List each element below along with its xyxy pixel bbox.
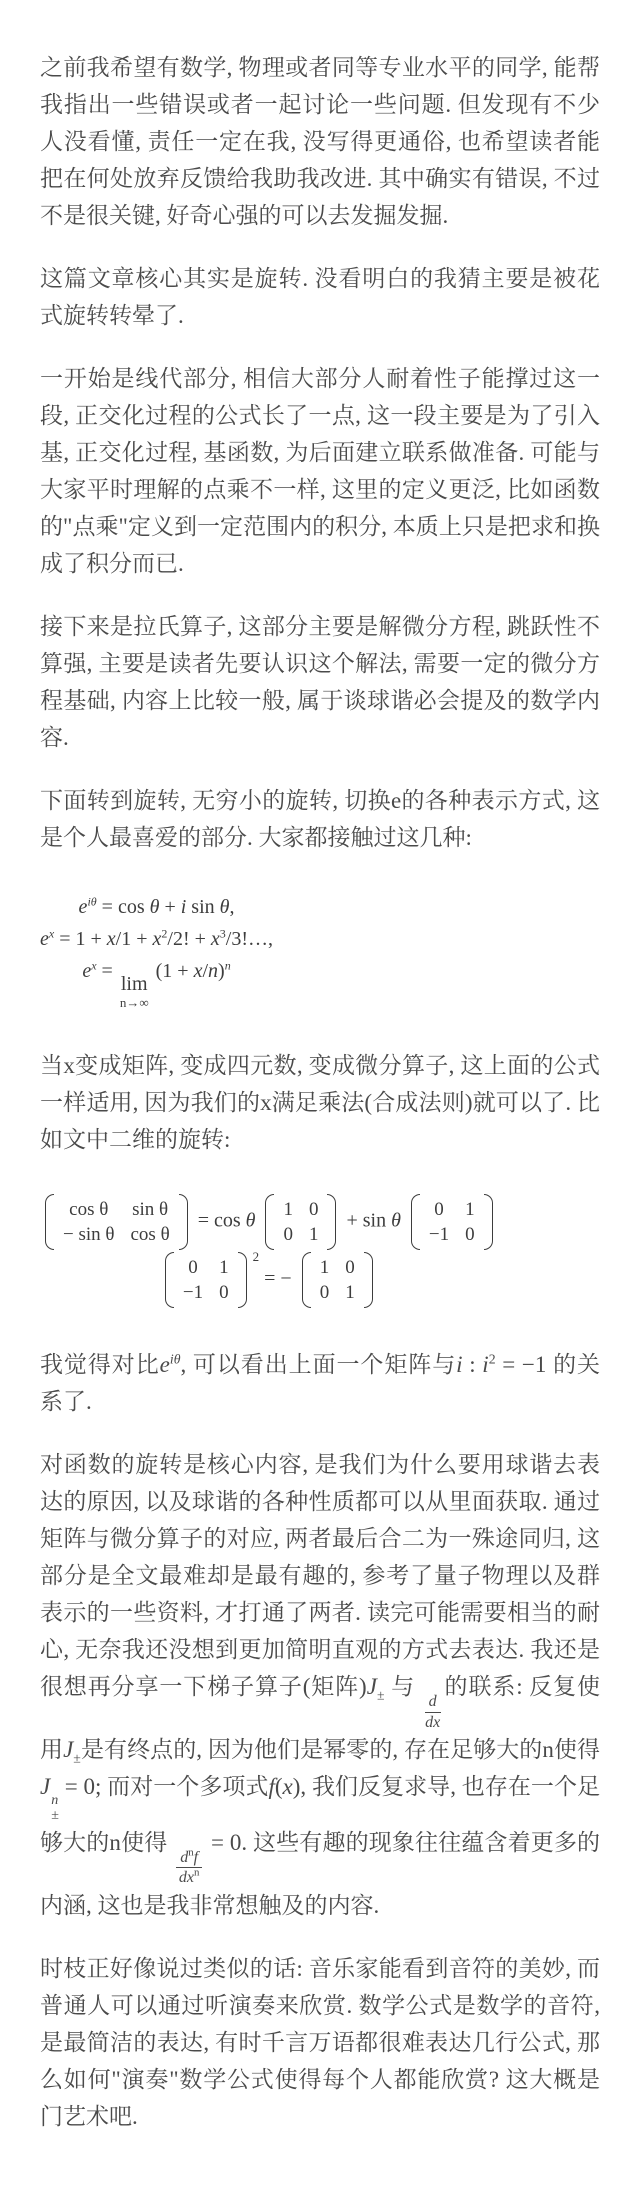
math-run: ± xyxy=(73,1751,81,1766)
text-run: 下面转到旋转, 无穷小的旋转, 切换e的各种表示方式, 这是个人最喜爱的部分. … xyxy=(40,788,600,850)
paragraph-function-rotation-ladder: 对函数的旋转是核心内容, 是我们为什么要用球谐去表达的原因, 以及球谐的各种性质… xyxy=(40,1446,600,1924)
formula-block-exponential: eiθ = cos θ + i sin θ,ex = 1 + x/1 + x2/… xyxy=(40,890,600,1011)
math-run: J xyxy=(367,1674,377,1699)
paragraph-compare-e-itheta: 我觉得对比eiθ, 可以看出上面一个矩阵与i : i2 = −1 的关系了. xyxy=(40,1346,600,1420)
text-run: + xyxy=(159,896,180,918)
math-run: dnfdxn xyxy=(176,1849,202,1887)
math-run: x xyxy=(211,928,220,950)
formula-row: cos θsin θ− sin θcos θ = cos θ 1001 + si… xyxy=(40,1194,498,1250)
math-run: n xyxy=(194,1867,199,1879)
formula-block-matrices: cos θsin θ− sin θcos θ = cos θ 1001 + si… xyxy=(40,1192,600,1310)
text-run: /1 + xyxy=(116,928,153,950)
text-run: ) xyxy=(218,960,225,982)
text-run: 时枝正好像说过类似的话: 音乐家能看到音符的美妙, 而普通人可以通过听演奏来欣赏… xyxy=(40,1956,600,2129)
text-run: 与 xyxy=(385,1674,422,1699)
matrix: 01−10 xyxy=(165,1252,247,1308)
formula-row: ex = 1 + x/1 + x2/2! + x3/3!…, xyxy=(40,924,273,954)
text-run: 之前我希望有数学, 物理或者同等专业水平的同学, 能帮我指出一些错误或者一起讨论… xyxy=(40,55,600,228)
text-run xyxy=(401,1210,406,1232)
paragraph-linear-algebra: 一开始是线代部分, 相信大部分人耐着性子能撑过这一段, 正交化过程的公式长了一点… xyxy=(40,360,600,582)
math-run: x xyxy=(283,1774,293,1799)
matrix: cos θsin θ− sin θcos θ xyxy=(45,1194,188,1250)
paragraph-intro-feedback: 之前我希望有数学, 物理或者同等专业水平的同学, 能帮我指出一些错误或者一起讨论… xyxy=(40,49,600,234)
text-run: sin xyxy=(186,896,219,918)
math-run: iθ xyxy=(170,1351,181,1366)
math-run: ± xyxy=(377,1688,385,1703)
matrix: 1001 xyxy=(302,1252,373,1308)
text-run: 这篇文章核心其实是旋转. 没看明白的我猜主要是被花式旋转转晕了. xyxy=(40,266,600,328)
text-run: = − xyxy=(259,1268,297,1290)
text-run: = 1 + xyxy=(54,928,107,950)
text-run: : xyxy=(463,1352,483,1377)
math-run: f xyxy=(194,1849,198,1866)
text-run: = xyxy=(97,960,118,982)
math-run: n xyxy=(225,958,231,972)
text-run: 当x变成矩阵, 变成四元数, 变成微分算子, 这上面的公式一样适用, 因为我们的… xyxy=(40,1053,600,1152)
text-run: /2! + xyxy=(167,928,211,950)
text-run: = 0; 而对一个多项式 xyxy=(59,1774,269,1799)
math-run: J xyxy=(40,1774,50,1799)
math-run: limn→∞ xyxy=(120,974,149,1009)
text-run: (1 + xyxy=(151,960,194,982)
paragraph-music-analogy: 时枝正好像说过类似的话: 音乐家能看到音符的美妙, 而普通人可以通过听演奏来欣赏… xyxy=(40,1950,600,2135)
text-run: , xyxy=(229,896,234,918)
math-run: J xyxy=(63,1737,73,1762)
text-run xyxy=(255,1210,260,1232)
text-run: 接下来是拉氏算子, 这部分主要是解微分方程, 跳跃性不算强, 主要是读者先要认识… xyxy=(40,614,600,750)
math-run: θ xyxy=(246,1210,256,1232)
formula-row: 01−102 = − 1001 xyxy=(40,1252,498,1308)
formula-row: eiθ = cos θ + i sin θ, xyxy=(40,892,273,922)
math-run: dx xyxy=(179,1869,194,1886)
text-run: = cos xyxy=(97,896,150,918)
text-run: 一开始是线代部分, 相信大部分人耐着性子能撑过这一段, 正交化过程的公式长了一点… xyxy=(40,366,600,576)
matrix: 1001 xyxy=(265,1194,336,1250)
formula-row: ex = limn→∞ (1 + x/n)n xyxy=(40,956,273,1009)
text-run: = cos xyxy=(193,1210,246,1232)
paragraph-rotation-e-forms: 下面转到旋转, 无穷小的旋转, 切换e的各种表示方式, 这是个人最喜爱的部分. … xyxy=(40,782,600,856)
formula-lines-matrices: cos θsin θ− sin θcos θ = cos θ 1001 + si… xyxy=(40,1192,498,1310)
paragraph-core-rotation: 这篇文章核心其实是旋转. 没看明白的我猜主要是被花式旋转转晕了. xyxy=(40,260,600,334)
math-run: θ xyxy=(150,896,160,918)
text-run: ( xyxy=(275,1774,283,1799)
paragraph-x-becomes-matrix: 当x变成矩阵, 变成四元数, 变成微分算子, 这上面的公式一样适用, 因为我们的… xyxy=(40,1047,600,1158)
math-run: 2 xyxy=(489,1351,496,1366)
math-run: n xyxy=(208,960,218,982)
formula-lines-exponential: eiθ = cos θ + i sin θ,ex = 1 + x/1 + x2/… xyxy=(40,890,273,1011)
math-run: θ xyxy=(220,896,230,918)
text-run: 对函数的旋转是核心内容, 是我们为什么要用球谐去表达的原因, 以及球谐的各种性质… xyxy=(40,1452,600,1699)
text-run: 我觉得对比 xyxy=(40,1352,160,1377)
math-run: x xyxy=(107,928,116,950)
math-run: e xyxy=(82,960,91,982)
text-run: 是有终点的, 因为他们是幂零的, 存在足够大的n使得 xyxy=(81,1737,600,1762)
text-run: + sin xyxy=(341,1210,391,1232)
article-body: 之前我希望有数学, 物理或者同等专业水平的同学, 能帮我指出一些错误或者一起讨论… xyxy=(0,0,640,2207)
math-run: n± xyxy=(51,1794,59,1823)
paragraph-laplace-operator: 接下来是拉氏算子, 这部分主要是解微分方程, 跳跃性不算强, 主要是读者先要认识… xyxy=(40,608,600,756)
math-run: ddx xyxy=(425,1693,441,1731)
text-run: , 可以看出上面一个矩阵与 xyxy=(181,1352,457,1377)
math-run: 2 xyxy=(253,1249,260,1264)
text-run: /3!…, xyxy=(226,928,273,950)
matrix: 01−10 xyxy=(411,1194,493,1250)
math-run: dx xyxy=(425,1714,440,1731)
math-run: iθ xyxy=(87,894,96,908)
math-run: θ xyxy=(391,1210,401,1232)
math-run: e xyxy=(160,1352,170,1377)
math-run: d xyxy=(429,1693,437,1710)
math-run: e xyxy=(40,928,49,950)
